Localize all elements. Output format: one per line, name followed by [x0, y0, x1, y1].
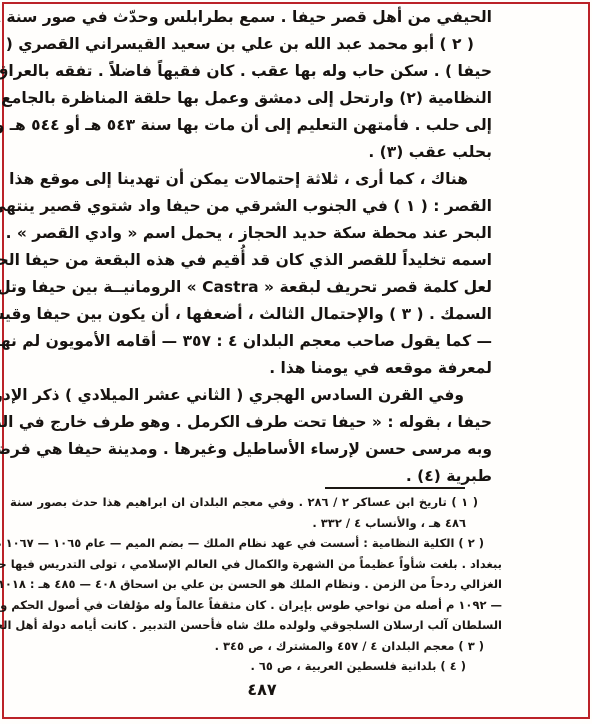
- footnote-line: ( ١ ) تاريخ ابن عساكر ٢ / ٢٨٦ . وفي معجم…: [10, 492, 502, 513]
- text-line: بحلب عقب (٣) .: [62, 139, 492, 166]
- footnote-line: الغزالي ردحاً من الزمن . ونظام الملك هو …: [10, 574, 502, 595]
- text-line: حيفا ) . سكن حاب وله بها عقب . كان فقيها…: [62, 58, 492, 85]
- text-line: لعل كلمة قصر تحريف لبقعة « Castra » الرو…: [62, 274, 492, 301]
- footnote-line: ( ٢ ) الكلية النظامية : أسست في عهد نظام…: [10, 533, 502, 554]
- footnote-line: ببغداد . بلغت شأواً عظيماً من الشهرة وال…: [10, 554, 502, 575]
- text-line: اسمه تخليداً للقصر الذي كان قد أُقيم في …: [62, 247, 492, 274]
- text-line: النظامية (٢) وارتحل إلى دمشق وعمل بها حل…: [62, 85, 492, 112]
- text-line: لمعرفة موقعه في يومنا هذا .: [62, 355, 492, 382]
- page-number: ٤٨٧: [202, 680, 322, 699]
- text-line: إلى حلب . فأمتهن التعليم إلى أن مات بها …: [62, 112, 492, 139]
- footnote-line: ٤٨٦ هـ ، والأنساب ٤ / ٣٣٢ .: [10, 513, 502, 534]
- text-line: الحيفي من أهل قصر حيفا . سمع بطرابلس وحد…: [62, 4, 492, 31]
- text-line: حيفا ، بقوله : « حيفا تحت طرف الكرمل . و…: [62, 409, 492, 436]
- text-line: وفي القرن السادس الهجري ( الثاني عشر الم…: [62, 382, 492, 409]
- text-line: السمك . ( ٣ ) والإحتمال الثالث ، أضعفها …: [62, 301, 492, 328]
- scanned-book-page: { "page": { "number": "٤٨٧" }, "colors":…: [0, 0, 592, 724]
- footnote-line: ( ٤ ) بلدانية فلسطين العربية ، ص ٦٥ .: [10, 656, 502, 677]
- paragraph: هناك ، كما أرى ، ثلاثة إحتمالات يمكن أن …: [62, 166, 492, 382]
- footnote-line: ( ٣ ) معجم البلدان ٤ / ٤٥٧ والمشترك ، ص …: [10, 636, 502, 657]
- body-text: الحيفي من أهل قصر حيفا . سمع بطرابلس وحد…: [62, 4, 492, 490]
- text-line: — كما يقول صاحب معجم البلدان ٤ : ٣٥٧ — أ…: [62, 328, 492, 355]
- footnotes-block: ( ١ ) تاريخ ابن عساكر ٢ / ٢٨٦ . وفي معجم…: [10, 492, 502, 677]
- footnote-line: السلطان آلب ارسلان السلجوقي ولولده ملك ش…: [10, 615, 502, 636]
- text-line: طبرية (٤) .: [62, 463, 492, 490]
- paragraph: الحيفي من أهل قصر حيفا . سمع بطرابلس وحد…: [62, 4, 492, 166]
- text-line: هناك ، كما أرى ، ثلاثة إحتمالات يمكن أن …: [62, 166, 492, 193]
- text-line: وبه مرسى حسن لإرساء الأساطيل وغيرها . وم…: [62, 436, 492, 463]
- text-line: القصر : ( ١ ) في الجنوب الشرقي من حيفا و…: [62, 193, 492, 220]
- footnote-line: — ١٠٩٢ م أصله من نواحي طوس بإيران . كان …: [10, 595, 502, 616]
- text-line: البحر عند محطة سكة حديد الحجاز ، يحمل اس…: [62, 220, 492, 247]
- footnote-separator: [325, 487, 465, 489]
- text-line: ( ٢ ) أبو محمد عبد الله بن علي بن سعيد ا…: [62, 31, 492, 58]
- paragraph: وفي القرن السادس الهجري ( الثاني عشر الم…: [62, 382, 492, 490]
